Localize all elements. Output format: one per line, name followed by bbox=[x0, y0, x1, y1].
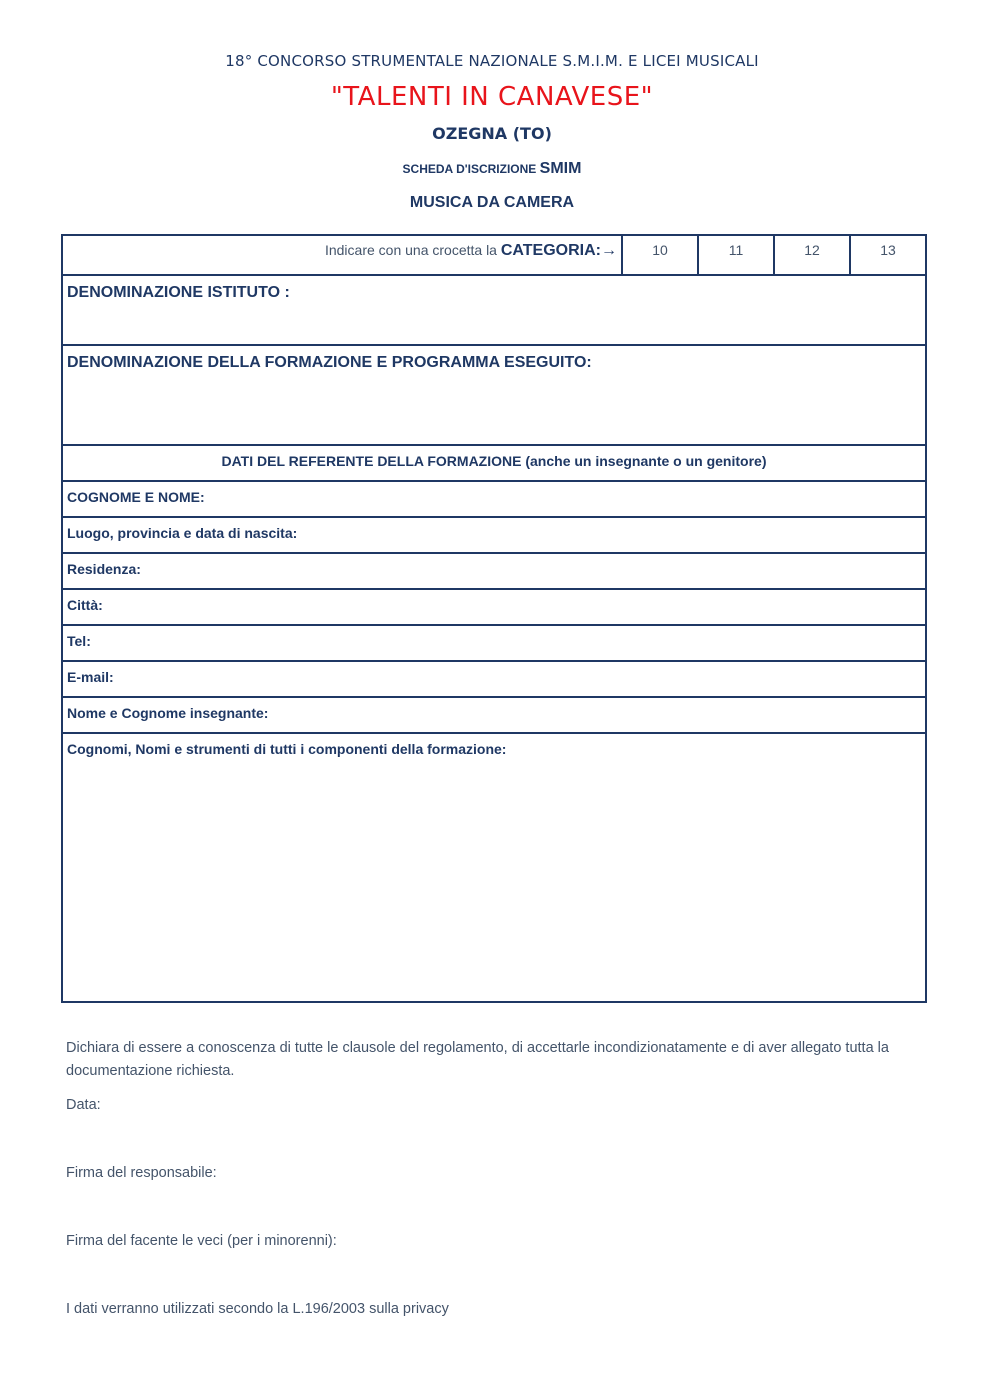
cognome-nome-field[interactable]: COGNOME E NOME: bbox=[62, 481, 926, 517]
category-label: Indicare con una crocetta la CATEGORIA:→ bbox=[62, 235, 622, 275]
location: OZEGNA (TO) bbox=[0, 124, 984, 143]
contest-edition: 18° CONCORSO STRUMENTALE NAZIONALE S.M.I… bbox=[0, 52, 984, 70]
componenti-field[interactable]: Cognomi, Nomi e strumenti di tutti i com… bbox=[62, 733, 926, 1002]
contest-title: "TALENTI IN CANAVESE" bbox=[0, 82, 984, 112]
referente-header: DATI DEL REFERENTE DELLA FORMAZIONE (anc… bbox=[62, 445, 926, 481]
privacy-note: I dati verranno utilizzati secondo la L.… bbox=[66, 1298, 926, 1321]
category-option-12[interactable]: 12 bbox=[774, 235, 850, 275]
section-title: MUSICA DA CAMERA bbox=[0, 194, 984, 212]
insegnante-field[interactable]: Nome e Cognome insegnante: bbox=[62, 697, 926, 733]
category-option-13[interactable]: 13 bbox=[850, 235, 926, 275]
declaration-text: Dichiara di essere a conoscenza di tutte… bbox=[66, 1037, 926, 1083]
form-type: SCHEDA D'ISCRIZIONE SMIM bbox=[0, 160, 984, 178]
category-option-11[interactable]: 11 bbox=[698, 235, 774, 275]
formazione-field[interactable]: DENOMINAZIONE DELLA FORMAZIONE E PROGRAM… bbox=[62, 345, 926, 445]
email-field[interactable]: E-mail: bbox=[62, 661, 926, 697]
form-type-prefix: SCHEDA D'ISCRIZIONE bbox=[403, 162, 537, 176]
residenza-field[interactable]: Residenza: bbox=[62, 553, 926, 589]
registration-table: Indicare con una crocetta la CATEGORIA:→… bbox=[61, 234, 927, 1003]
nascita-field[interactable]: Luogo, provincia e data di nascita: bbox=[62, 517, 926, 553]
date-label: Data: bbox=[66, 1094, 926, 1117]
signature-label: Firma del responsabile: bbox=[66, 1162, 926, 1185]
istituto-field[interactable]: DENOMINAZIONE ISTITUTO : bbox=[62, 275, 926, 345]
form-type-suffix: SMIM bbox=[540, 160, 582, 177]
category-option-10[interactable]: 10 bbox=[622, 235, 698, 275]
guardian-signature-label: Firma del facente le veci (per i minoren… bbox=[66, 1230, 926, 1253]
tel-field[interactable]: Tel: bbox=[62, 625, 926, 661]
category-label-text: Indicare con una crocetta la bbox=[325, 242, 497, 258]
citta-field[interactable]: Città: bbox=[62, 589, 926, 625]
category-label-bold: CATEGORIA:→ bbox=[501, 242, 617, 259]
